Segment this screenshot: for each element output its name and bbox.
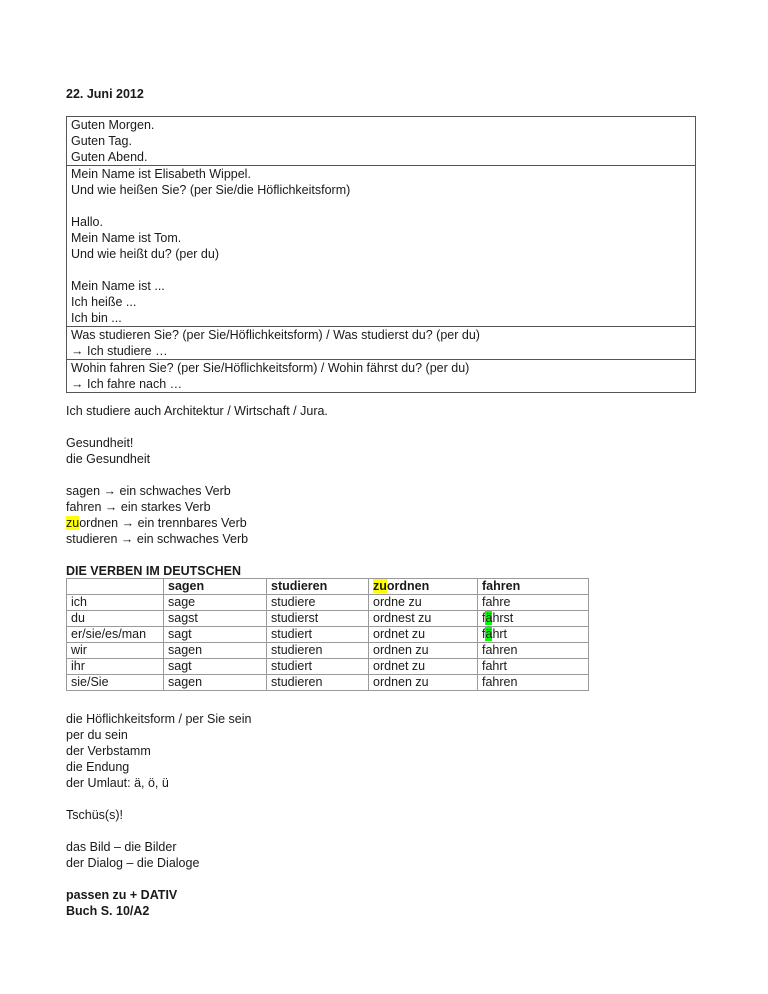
- conjugation-cell: sagt: [164, 627, 267, 643]
- verb-type-studieren: studieren → ein schwaches Verb: [66, 531, 248, 547]
- dialog-line: Guten Tag.: [71, 133, 691, 149]
- verb-table-row: sie/Siesagenstudierenordnen zufahren: [67, 675, 589, 691]
- dialog-line: [71, 198, 691, 214]
- conjugation-cell: ordnen zu: [369, 675, 478, 691]
- dialog-line: Ich heiße ...: [71, 294, 691, 310]
- verb-table-row: ihrsagtstudiertordnet zufahrt: [67, 659, 589, 675]
- conjugation-cell: fährst: [478, 611, 589, 627]
- gesundheit-block: Gesundheit! die Gesundheit: [66, 435, 150, 467]
- vocab-list: die Höflichkeitsform / per Sie seinper d…: [66, 711, 252, 791]
- dialog-line: Wohin fahren Sie? (per Sie/Höflichkeitsf…: [71, 360, 691, 376]
- dialog-line: Was studieren Sie? (per Sie/Höflichkeits…: [71, 327, 691, 343]
- plural-dialog: der Dialog – die Dialoge: [66, 855, 199, 871]
- pronoun-cell: ich: [67, 595, 164, 611]
- conjugation-cell: sagen: [164, 675, 267, 691]
- dialog-line: → Ich studiere …: [71, 343, 691, 359]
- conjugation-cell: sage: [164, 595, 267, 611]
- umlaut-highlight: ä: [485, 611, 492, 625]
- verb-table-header: sagenstudierenzuordnenfahren: [67, 579, 589, 595]
- dialog-line: [71, 262, 691, 278]
- verb-header-cell: [67, 579, 164, 595]
- verb-type-fahren: fahren → ein starkes Verb: [66, 499, 248, 515]
- conjugation-cell: fahre: [478, 595, 589, 611]
- dialog-row: Was studieren Sie? (per Sie/Höflichkeits…: [67, 326, 695, 359]
- verb-type-sagen: sagen → ein schwaches Verb: [66, 483, 248, 499]
- conjugation-cell: sagst: [164, 611, 267, 627]
- verb-table-row: wirsagenstudierenordnen zufahren: [67, 643, 589, 659]
- conjugation-cell: studiert: [267, 659, 369, 675]
- gesundheit-exclamation: Gesundheit!: [66, 435, 150, 451]
- pronoun-cell: du: [67, 611, 164, 627]
- verb-types-list: sagen → ein schwaches Verb fahren → ein …: [66, 483, 248, 547]
- conjugation-cell: sagen: [164, 643, 267, 659]
- conjugation-cell: studieren: [267, 643, 369, 659]
- verb-table-row: dusagststudierstordnest zufährst: [67, 611, 589, 627]
- conjugation-cell: fahren: [478, 643, 589, 659]
- conjugation-cell: fahrt: [478, 659, 589, 675]
- grammar-note: passen zu + DATIV: [66, 887, 177, 903]
- highlight-prefix: zu: [373, 579, 387, 593]
- dialog-line: Mein Name ist Tom.: [71, 230, 691, 246]
- dialog-table: Guten Morgen.Guten Tag.Guten Abend.Mein …: [66, 116, 696, 393]
- plural-bild: das Bild – die Bilder: [66, 839, 199, 855]
- conjugation-cell: studierst: [267, 611, 369, 627]
- vocab-item: der Verbstamm: [66, 743, 252, 759]
- dialog-line: → Ich fahre nach …: [71, 376, 691, 392]
- vocab-item: die Höflichkeitsform / per Sie sein: [66, 711, 252, 727]
- pronoun-cell: wir: [67, 643, 164, 659]
- vocab-item: per du sein: [66, 727, 252, 743]
- conjugation-cell: ordne zu: [369, 595, 478, 611]
- conjugation-cell: sagt: [164, 659, 267, 675]
- document-date: 22. Juni 2012: [66, 86, 144, 102]
- dialog-row: Guten Morgen.Guten Tag.Guten Abend.: [67, 117, 695, 165]
- dialog-line: Ich bin ...: [71, 310, 691, 326]
- dialog-row: Wohin fahren Sie? (per Sie/Höflichkeitsf…: [67, 359, 695, 392]
- verb-table-row: er/sie/es/mansagtstudiertordnet zufährt: [67, 627, 589, 643]
- verb-header-cell: fahren: [478, 579, 589, 595]
- pronoun-cell: ihr: [67, 659, 164, 675]
- conjugation-cell: ordnen zu: [369, 643, 478, 659]
- verb-conjugation-table: sagenstudierenzuordnenfahrenichsagestudi…: [66, 578, 589, 691]
- conjugation-cell: studiert: [267, 627, 369, 643]
- dialog-line: Und wie heißt du? (per du): [71, 246, 691, 262]
- vocab-item: die Endung: [66, 759, 252, 775]
- conjugation-cell: ordnest zu: [369, 611, 478, 627]
- vocab-item: der Umlaut: ä, ö, ü: [66, 775, 252, 791]
- pronoun-cell: er/sie/es/man: [67, 627, 164, 643]
- conjugation-cell: ordnet zu: [369, 627, 478, 643]
- footer-notes: passen zu + DATIV Buch S. 10/A2: [66, 887, 177, 919]
- dialog-line: Guten Morgen.: [71, 117, 691, 133]
- conjugation-cell: studiere: [267, 595, 369, 611]
- highlight-prefix: zu: [66, 516, 79, 530]
- plurals-list: das Bild – die Bilder der Dialog – die D…: [66, 839, 199, 871]
- book-reference: Buch S. 10/A2: [66, 903, 177, 919]
- pronoun-cell: sie/Sie: [67, 675, 164, 691]
- dialog-line: Und wie heißen Sie? (per Sie/die Höflich…: [71, 182, 691, 198]
- dialog-line: Hallo.: [71, 214, 691, 230]
- conjugation-cell: ordnet zu: [369, 659, 478, 675]
- verb-header-cell: sagen: [164, 579, 267, 595]
- verb-type-zuordnen: zuordnen → ein trennbares Verb: [66, 515, 248, 531]
- conjugation-cell: fährt: [478, 627, 589, 643]
- dialog-row: Mein Name ist Elisabeth Wippel.Und wie h…: [67, 165, 695, 326]
- verb-header-cell: studieren: [267, 579, 369, 595]
- dialog-line: Mein Name ist Elisabeth Wippel.: [71, 166, 691, 182]
- verb-table-title: DIE VERBEN IM DEUTSCHEN: [66, 563, 241, 579]
- farewell: Tschüs(s)!: [66, 807, 123, 823]
- conjugation-cell: studieren: [267, 675, 369, 691]
- dialog-line: Guten Abend.: [71, 149, 691, 165]
- verb-header-cell: zuordnen: [369, 579, 478, 595]
- verb-table-row: ichsagestudiereordne zufahre: [67, 595, 589, 611]
- conjugation-cell: fahren: [478, 675, 589, 691]
- study-line: Ich studiere auch Architektur / Wirtscha…: [66, 403, 328, 419]
- dialog-line: Mein Name ist ...: [71, 278, 691, 294]
- gesundheit-noun: die Gesundheit: [66, 451, 150, 467]
- umlaut-highlight: ä: [485, 627, 492, 641]
